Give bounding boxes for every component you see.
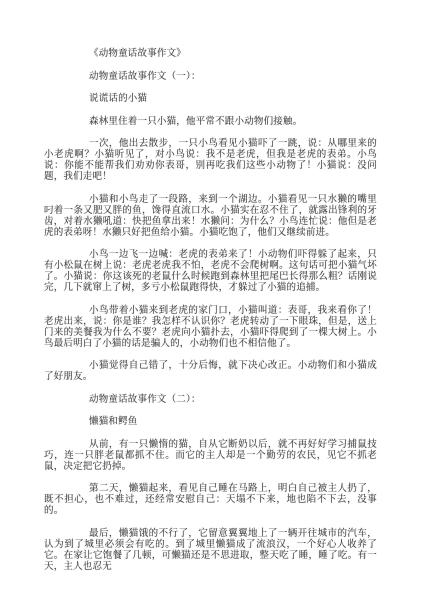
story-2-paragraph-1: 从前，有一只懒惰的猫，自从它断奶以后，就不再好好学习捕鼠技巧，连一只胖老鼠都抓不… xyxy=(44,440,377,473)
section-1-label: 动物童话故事作文（一）： xyxy=(44,72,377,83)
story-2-paragraph-2: 第二天，懒猫起来，看见自己睡在马路上，明白自己被主人扔了，既不担心，也不难过，还… xyxy=(44,484,377,517)
story-1-paragraph-5: 小鸟带着小猫来到老虎的家门口，小猫叫道：表哥，我来看你了！老虎出来，说：你是谁？… xyxy=(44,306,377,350)
story-1-paragraph-3: 小猫和小鸟走了一段路，来到一个湖边。小猫看见一只水獭的嘴里叼着一条又肥又胖的鱼，… xyxy=(44,195,377,239)
document-page: 《动物童话故事作文》 动物童话故事作文（一）： 说谎话的小猫 森林里住着一只小猫… xyxy=(0,0,424,600)
story-1-paragraph-2: 一次，他出去散步，一只小鸟看见小猫吓了一跳，说：从哪里来的小老虎啊？小猫听见了，… xyxy=(44,139,377,183)
document-title: 《动物童话故事作文》 xyxy=(44,49,377,60)
story-2-paragraph-3: 最后，懒猫饿的不行了，它留意翼翼地上了一辆开往城市的汽车，认为到了城里必须会有吃… xyxy=(44,529,377,573)
story-1-paragraph-1: 森林里住着一只小猫，他平常不跟小动物们接触。 xyxy=(44,117,377,128)
section-2-label: 动物童话故事作文（二）： xyxy=(44,395,377,406)
story-2-title: 懒猫和鳄鱼 xyxy=(44,417,377,428)
story-1-paragraph-6: 小猫觉得自己错了，十分后悔，就下决心改正。小动物们和小猫成了好朋友。 xyxy=(44,361,377,383)
story-1-paragraph-4: 小鸟一边飞一边喊：老虎的表弟来了！小动物们吓得躲了起来，只有小松鼠在树上说：老虎… xyxy=(44,250,377,294)
story-1-title: 说谎话的小猫 xyxy=(44,94,377,105)
